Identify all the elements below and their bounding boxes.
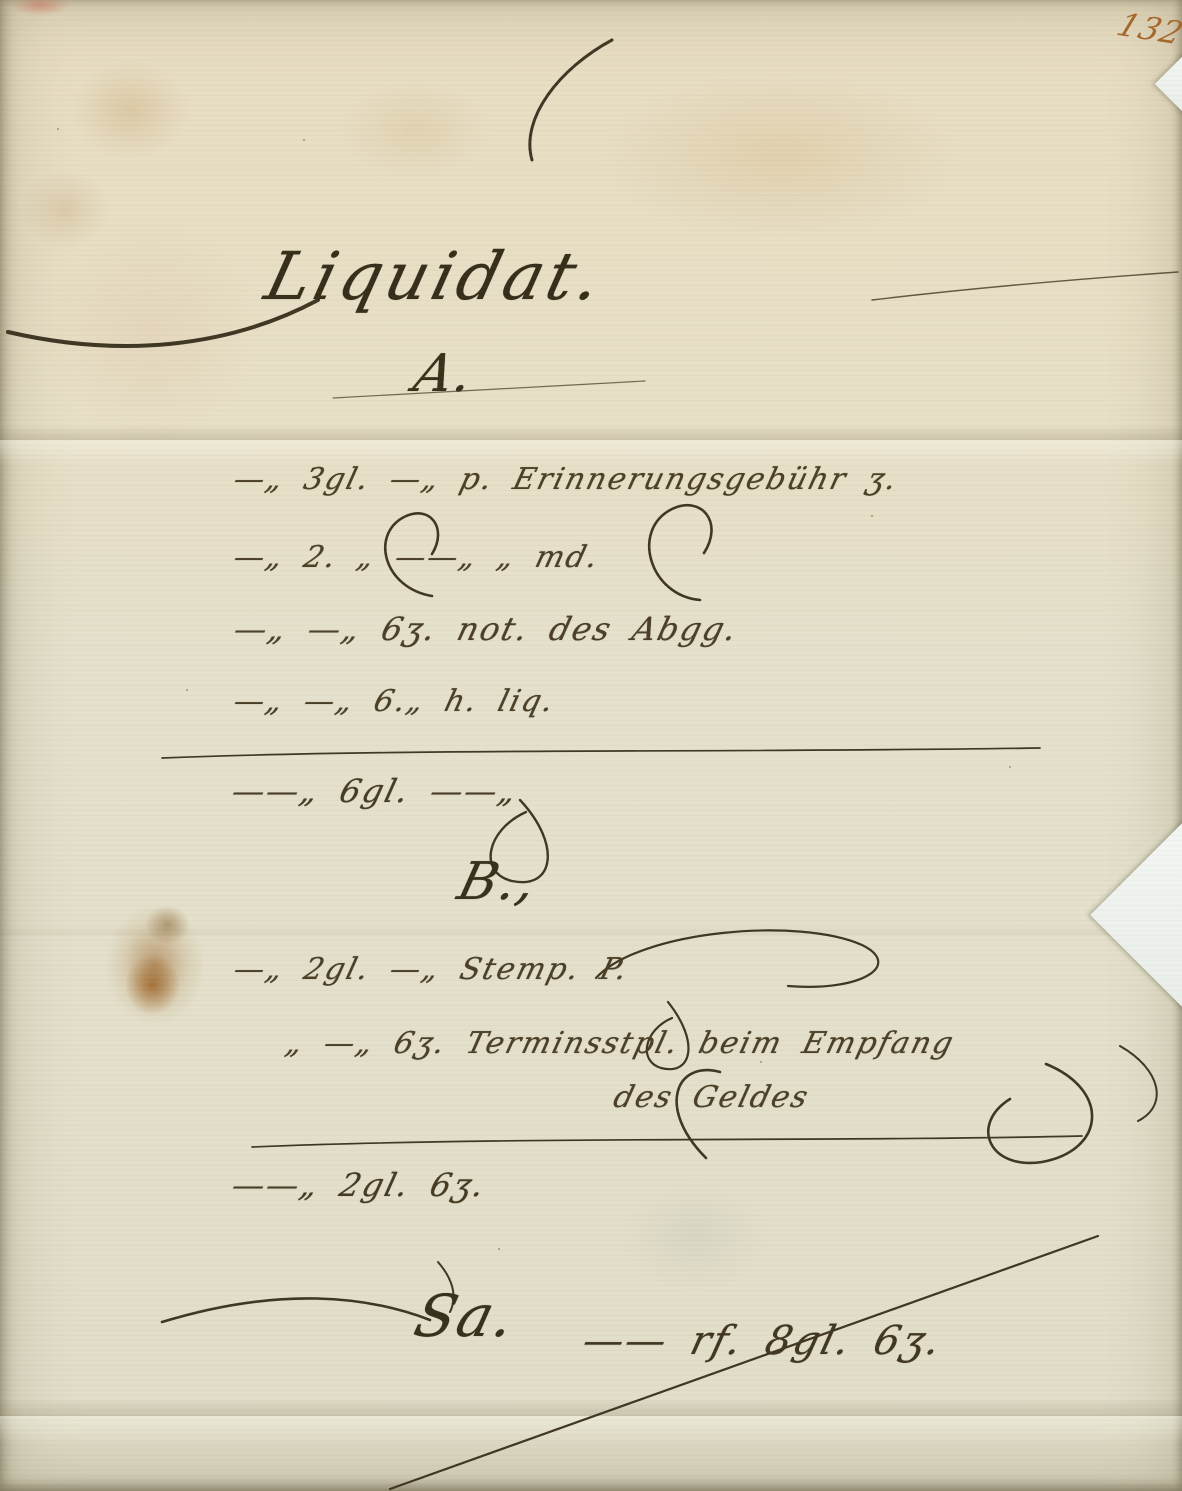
- section-b-heading: B.,: [452, 852, 544, 912]
- fold-crease: [0, 1400, 1182, 1416]
- heading-a-underline: [333, 381, 645, 398]
- geldes-right-swash: [988, 1064, 1092, 1163]
- title-ascender-flourish: [530, 40, 612, 160]
- paper-speck: [186, 689, 188, 691]
- paper-stain: [20, 170, 110, 250]
- paper-stain: [10, 0, 70, 16]
- paper-stain: [620, 1180, 770, 1290]
- b-line-oval-flourish: [596, 930, 878, 986]
- paper-speck: [57, 128, 59, 130]
- ledger-line: „ —„ 6ʒ. Terminsstpl. beim Empfang: [282, 1026, 958, 1061]
- rust-blot: [145, 905, 190, 945]
- paper-speck: [1009, 766, 1011, 768]
- fold-crease: [0, 1416, 1182, 1444]
- ledger-line: —„ —„ 6ʒ. not. des Abgg.: [230, 610, 743, 648]
- section-a-subtotal: ——„ 6gl. ——„: [228, 772, 522, 810]
- ink-flourishes: [0, 0, 1182, 1491]
- paper-stain: [340, 80, 490, 180]
- total-amount: —— rf. 8gl. 6ʒ.: [578, 1318, 947, 1364]
- paper-stain: [70, 60, 190, 160]
- document-title: Liquidat.: [258, 238, 613, 315]
- ledger-line: —„ —„ 6.„ h. liq.: [230, 684, 559, 719]
- fold-crease: [0, 925, 1182, 935]
- paper-speck: [871, 515, 873, 517]
- rust-blot: [105, 905, 205, 1025]
- section-a-heading: A.: [408, 344, 481, 404]
- folio-number: 132: [1112, 6, 1182, 52]
- paper-cutout: [1090, 820, 1182, 1010]
- total-label: Sa.: [408, 1282, 524, 1350]
- ledger-line: —„ 2. „ ——„ „ md.: [230, 540, 603, 575]
- paper-cutout: [1155, 53, 1182, 115]
- sa-left-swash: [162, 1298, 430, 1322]
- paper-speck: [303, 139, 305, 141]
- paper-stain: [600, 70, 960, 240]
- manuscript-page: 132 Liquidat. A. —„ 3gl. —„ p. Erinnerun…: [0, 0, 1182, 1491]
- ledger-line: —„ 3gl. —„ p. Erinnerungsgebühr ʒ.: [230, 462, 902, 497]
- paper-speck: [498, 1248, 500, 1250]
- fold-crease: [0, 426, 1182, 440]
- sum-rule-a: [162, 748, 1040, 758]
- loop-flourish: [649, 505, 711, 600]
- paper-grain: [0, 0, 1182, 1491]
- empfang-tail: [1120, 1046, 1157, 1121]
- ledger-line: des Geldes: [610, 1080, 813, 1115]
- title-crossbar-extension: [872, 272, 1178, 300]
- ledger-line: —„ 2gl. —„ Stemp. P.: [230, 952, 633, 987]
- sum-rule-b: [252, 1136, 1082, 1147]
- section-b-subtotal: ——„ 2gl. 6ʒ.: [228, 1166, 490, 1204]
- paper-stain: [40, 220, 260, 440]
- paper-speck: [760, 1061, 762, 1063]
- rust-blot: [125, 955, 180, 1015]
